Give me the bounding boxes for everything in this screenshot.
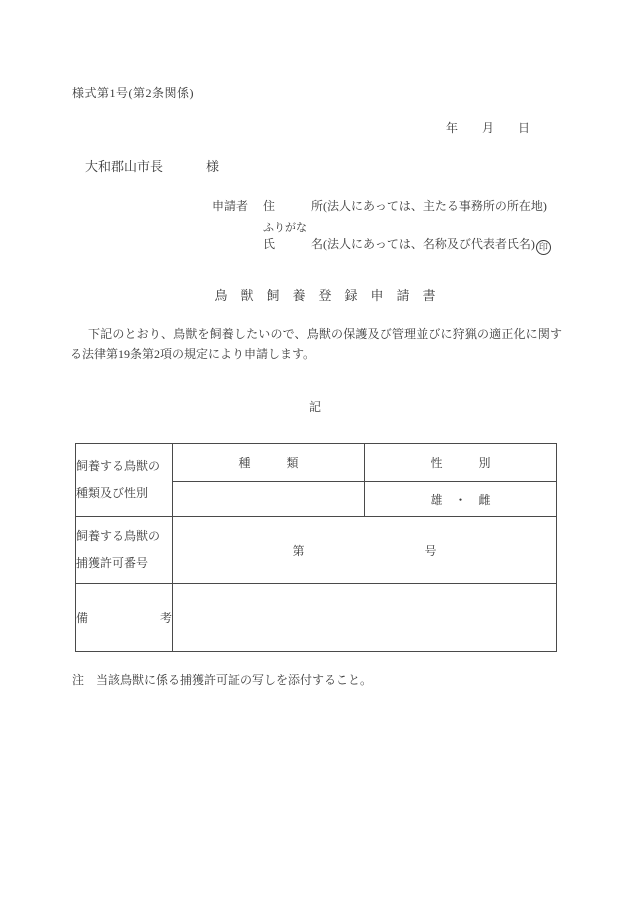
permit-value-cell: 第 号 <box>173 517 557 584</box>
remarks-label-right: 考 <box>160 609 172 626</box>
applicant-block: 申請者 住 所(法人にあっては、主たる事務所の所在地) ふりがな 氏 名(法人に… <box>212 196 551 255</box>
permit-label-line2: 捕獲許可番号 <box>76 550 172 577</box>
applicant-furigana-label: ふりがな <box>263 220 551 236</box>
seal-mark-icon: 印 <box>536 240 551 255</box>
species-sex-label-line1: 飼養する鳥獣の <box>76 453 172 480</box>
addressee-honorific: 様 <box>206 159 219 174</box>
table-row-headers: 飼養する鳥獣の 種類及び性別 種 類 性 別 <box>76 444 557 482</box>
permit-label-line1: 飼養する鳥獣の <box>76 523 172 550</box>
applicant-fields: 住 所(法人にあっては、主たる事務所の所在地) ふりがな 氏 名(法人にあっては… <box>263 196 551 255</box>
applicant-address-line: 住 所(法人にあっては、主たる事務所の所在地) <box>263 196 551 220</box>
applicant-label: 申請者 <box>212 196 248 216</box>
species-sex-label-line2: 種類及び性別 <box>76 480 172 507</box>
applicant-name-text: 氏 名(法人にあっては、名称及び代表者氏名) <box>263 237 535 251</box>
applicant-name-line: 氏 名(法人にあっては、名称及び代表者氏名)印 <box>263 236 551 255</box>
species-sex-label-cell: 飼養する鳥獣の 種類及び性別 <box>76 444 173 517</box>
form-number: 様式第1号(第2条関係) <box>72 84 194 102</box>
record-heading: 記 <box>70 398 560 416</box>
remarks-value-cell <box>173 584 557 652</box>
addressee-name: 大和郡山市長 <box>85 159 163 174</box>
table-row-remarks: 備 考 <box>76 584 557 652</box>
permit-label-cell: 飼養する鳥獣の 捕獲許可番号 <box>76 517 173 584</box>
sex-value-cell: 雄 ・ 雌 <box>365 482 557 517</box>
species-header-cell: 種 類 <box>173 444 365 482</box>
application-body-text: 下記のとおり、鳥獣を飼養したいので、鳥獣の保護及び管理並びに狩猟の適正化に関する… <box>70 324 562 364</box>
remarks-label-left: 備 <box>76 609 88 626</box>
attachment-note: 注 当該鳥獣に係る捕獲許可証の写しを添付すること。 <box>72 671 372 689</box>
sex-header-cell: 性 別 <box>365 444 557 482</box>
table-row-permit: 飼養する鳥獣の 捕獲許可番号 第 号 <box>76 517 557 584</box>
document-page: 様式第1号(第2条関係) 年 月 日 大和郡山市長様 申請者 住 所(法人にあっ… <box>0 0 630 915</box>
document-title: 鳥 獣 飼 養 登 録 申 請 書 <box>80 286 570 305</box>
date-line: 年 月 日 <box>446 119 530 137</box>
application-form-table: 飼養する鳥獣の 種類及び性別 種 類 性 別 雄 ・ 雌 飼養する鳥獣の 捕獲許… <box>75 443 557 652</box>
species-value-cell <box>173 482 365 517</box>
addressee-line: 大和郡山市長様 <box>85 157 219 176</box>
remarks-label-cell: 備 考 <box>76 584 173 652</box>
